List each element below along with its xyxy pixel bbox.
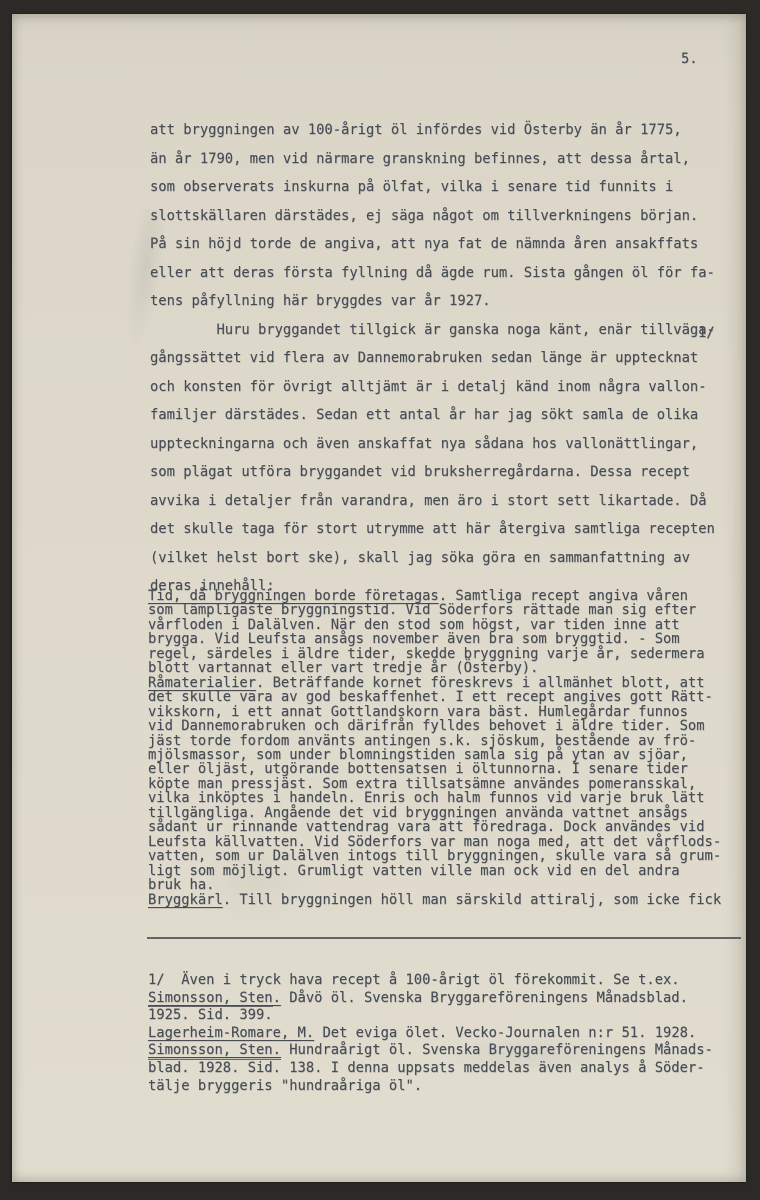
text-line: det skulle vara av god beskaffenhet. I e… <box>148 690 721 704</box>
text-line: eller öljäst, utgörande bottensatsen i ö… <box>148 762 721 776</box>
summary-text-block: Tid, då bryggningen borde företagas. Sam… <box>148 589 721 907</box>
text-line: blott vartannat eller vart tredje år (Ös… <box>148 661 721 675</box>
footnote-line: Lagerheim-Romare, M. Det eviga ölet. Vec… <box>148 1025 713 1043</box>
text-segment: . Till bryggningen höll man särskild att… <box>223 892 721 908</box>
text-line: Bryggkärl. Till bryggningen höll man sär… <box>148 893 721 907</box>
text-line: brygga. Vid Leufsta ansågs november även… <box>148 632 721 646</box>
text-line: vikskorn, i ett annat Gottlandskorn vara… <box>148 705 721 719</box>
text-line: Leufsta källvatten. Vid Söderfors var ma… <box>148 835 721 849</box>
text-segment: blad. 1928. Sid. <box>148 1059 281 1076</box>
text-line: jäst torde fordom använts antingen s.k. … <box>148 734 721 748</box>
section-heading-bryggkarl: Bryggkärl <box>148 892 223 908</box>
text-segment: 138. I denna uppsats meddelas även analy… <box>281 1060 705 1076</box>
text-line: köpte man pressjäst. Som extra tillsatsä… <box>148 777 721 791</box>
scanned-page: 5. att bryggningen av 100-årigt öl inför… <box>12 14 746 1182</box>
text-segment: Hundraårigt öl. Svenska Bryggareförening… <box>281 1042 713 1058</box>
footnote-line: blad. 1928. Sid. 138. I denna uppsats me… <box>148 1060 713 1078</box>
text-line: som observerats inskurna på ölfat, vilka… <box>150 173 715 202</box>
text-segment: 1925. Sid. 399. <box>148 1006 273 1023</box>
text-line: som lämpligaste bryggningstid. Vid Söder… <box>148 603 721 617</box>
text-line: Tid, då bryggningen borde företagas. Sam… <box>148 589 721 603</box>
text-line: tens påfyllning här bryggdes var år 1927… <box>150 287 715 316</box>
text-segment: Dåvö öl. Svenska Bryggareföreningens Mån… <box>281 990 688 1006</box>
text-line: På sin höjd torde de angiva, att nya fat… <box>150 230 715 259</box>
footnote-line: Simonsson, Sten. Hundraårigt öl. Svenska… <box>148 1042 713 1060</box>
text-line: att bryggningen av 100-årigt öl infördes… <box>150 116 715 145</box>
text-line: uppteckningarna och även anskaffat nya s… <box>150 430 715 459</box>
text-line: än år 1790, men vid närmare granskning b… <box>150 145 715 174</box>
text-line: som plägat utföra bryggandet vid brukshe… <box>150 458 715 487</box>
footnote-line: tälje bryggeris "hundraåriga öl". <box>148 1078 713 1096</box>
text-line: vid Dannemorabruken och därifrån fylldes… <box>148 719 721 733</box>
text-line: eller att deras första fyllning då ägde … <box>150 259 715 288</box>
footnote-author: Lagerheim-Romare, M. <box>148 1025 314 1041</box>
text-line: avvika i detaljer från varandra, men äro… <box>150 487 715 516</box>
footnote-author: Simonsson, Sten. <box>148 990 281 1006</box>
text-line: Råmaterialier. Beträffande kornet föresk… <box>148 676 721 690</box>
text-line: (vilket helst bort ske), skall jag söka … <box>150 544 715 573</box>
text-line: vilka inköptes i handeln. Enris och halm… <box>148 791 721 805</box>
photo-background: { "page_number": "5.", "body": { "para1_… <box>0 0 760 1200</box>
footnote-line: 1/ Även i tryck hava recept å 100-årigt … <box>148 972 713 990</box>
text-line: det skulle taga för stort utrymme att hä… <box>150 515 715 544</box>
text-line: bruk ha. <box>148 878 721 892</box>
text-line: och konsten för övrigt alltjämt är i det… <box>150 373 715 402</box>
text-line: vatten, som ur Dalälven intogs till bryg… <box>148 849 721 863</box>
text-line: gångssättet vid flera av Dannemorabruken… <box>150 344 715 373</box>
footnote-line: 1925. Sid. 399. <box>148 1007 713 1025</box>
footnote-line: Simonsson, Sten. Dåvö öl. Svenska Brygga… <box>148 990 713 1008</box>
footnotes-block: 1/ Även i tryck hava recept å 100-årigt … <box>148 972 713 1095</box>
text-line: ligt som möjligt. Grumligt vatten ville … <box>148 864 721 878</box>
footnote-separator-line <box>147 937 741 939</box>
text-line: mjölsmassor, som under blomningstiden sa… <box>148 748 721 762</box>
text-segment: Det eviga ölet. Vecko-Journalen n:r 51. … <box>314 1025 696 1041</box>
text-line: Huru bryggandet tillgick är ganska noga … <box>150 316 715 345</box>
page-number: 5. <box>681 51 698 67</box>
text-line: familjer därstädes. Sedan ett antal år h… <box>150 401 715 430</box>
body-text-block: att bryggningen av 100-årigt öl infördes… <box>150 116 715 601</box>
text-line: sådant ur rinnande vattendrag vara att f… <box>148 820 721 834</box>
footnote-reference-mark: 1/ <box>698 325 715 341</box>
footnote-author: Simonsson, Sten. <box>148 1042 281 1058</box>
text-line: slottskällaren därstädes, ej säga något … <box>150 202 715 231</box>
